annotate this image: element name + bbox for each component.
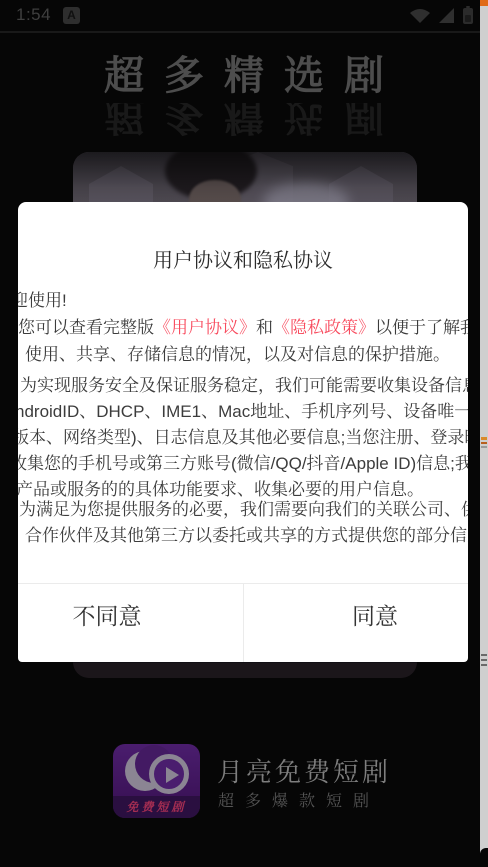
app-screen: 1:54 A 超多精选剧 超多精选剧 [0, 0, 488, 867]
poster-bottom-edge [73, 663, 417, 678]
sliver-mark-4 [481, 654, 487, 656]
user-agreement-link[interactable]: 《用户协议》 [154, 318, 256, 337]
hero-title: 超多精选剧 [0, 44, 488, 101]
cellular-signal-icon [437, 7, 456, 30]
wifi-icon [409, 7, 431, 30]
clock: 1:54 [16, 5, 51, 25]
disagree-button-label: 不同意 [73, 598, 142, 631]
agree-button-label: 同意 [352, 598, 398, 631]
dialog-title: 用户协议和隐私协议 [18, 244, 468, 273]
sliver-orange-mark [480, 0, 488, 6]
sliver-mark-1 [481, 437, 487, 440]
agree-button[interactable]: 同意 [243, 584, 468, 662]
app-name: 月亮免费短剧 [217, 752, 391, 789]
privacy-policy-link[interactable]: 《隐私政策》 [273, 318, 375, 337]
battery-icon [462, 6, 474, 30]
sliver-mark-6 [481, 664, 487, 666]
sliver-mark-2 [481, 442, 487, 444]
p3-line2: 合作伙伴及其他第三方以委托或共享的方式提供您的部分信息。 [25, 526, 468, 546]
greeting-text: 欢迎使用! [18, 291, 67, 311]
intro-line: 您可以查看完整版《用户协议》和《隐私政策》以便于了解我们收 [18, 318, 468, 338]
intro-post: 以便于了解我们收 [375, 318, 468, 337]
intro-pre: 您可以查看完整版 [18, 318, 154, 337]
app-tagline: 超多爆款短剧 [218, 788, 380, 811]
status-bar: 1:54 A [0, 0, 488, 32]
logo-badge: 免费短剧 [113, 796, 200, 818]
p2-line2: (AndroidID、DHCP、IME1、Mac地址、手机序列号、设备唯一识别码… [18, 402, 468, 422]
app-badge-icon: A [63, 7, 80, 24]
play-icon [149, 754, 189, 794]
play-triangle-icon [166, 767, 179, 783]
hero-title-reflection: 超多精选剧 [0, 103, 488, 147]
sliver-mark-3 [481, 446, 487, 448]
p3-line1: 为满足为您提供服务的必要，我们需要向我们的关联公司、供应商、 [19, 500, 468, 520]
p2-line3: 版本、网络类型)、日志信息及其他必要信息;当您注册、登录时，我们 [18, 428, 468, 448]
privacy-agreement-dialog: 用户协议和隐私协议 欢迎使用! 您可以查看完整版《用户协议》和《隐私政策》以便于… [18, 202, 468, 662]
sliver-mark-5 [481, 659, 487, 661]
app-logo-icon: 免费短剧 [113, 744, 200, 818]
statusbar-divider [0, 31, 488, 33]
hero-section: 超多精选剧 超多精选剧 [0, 44, 488, 147]
sliver-bottom-corner [480, 848, 488, 867]
disagree-button[interactable]: 不同意 [18, 584, 243, 662]
adjacent-window-sliver [480, 0, 488, 867]
p2-line5: 按产品或服务的的具体功能要求、收集必要的用户信息。 [18, 480, 424, 500]
intro-line2: 使用、共享、存储信息的情况，以及对信息的保护措施。 [25, 345, 450, 365]
p2-line1: 为实现服务安全及保证服务稳定，我们可能需要收集设备信息 [20, 376, 468, 396]
intro-mid: 和 [256, 318, 273, 337]
p2-line4: 会收集您的手机号或第三方账号(微信/QQ/抖音/Apple ID)信息;我们仅会 [18, 454, 468, 474]
